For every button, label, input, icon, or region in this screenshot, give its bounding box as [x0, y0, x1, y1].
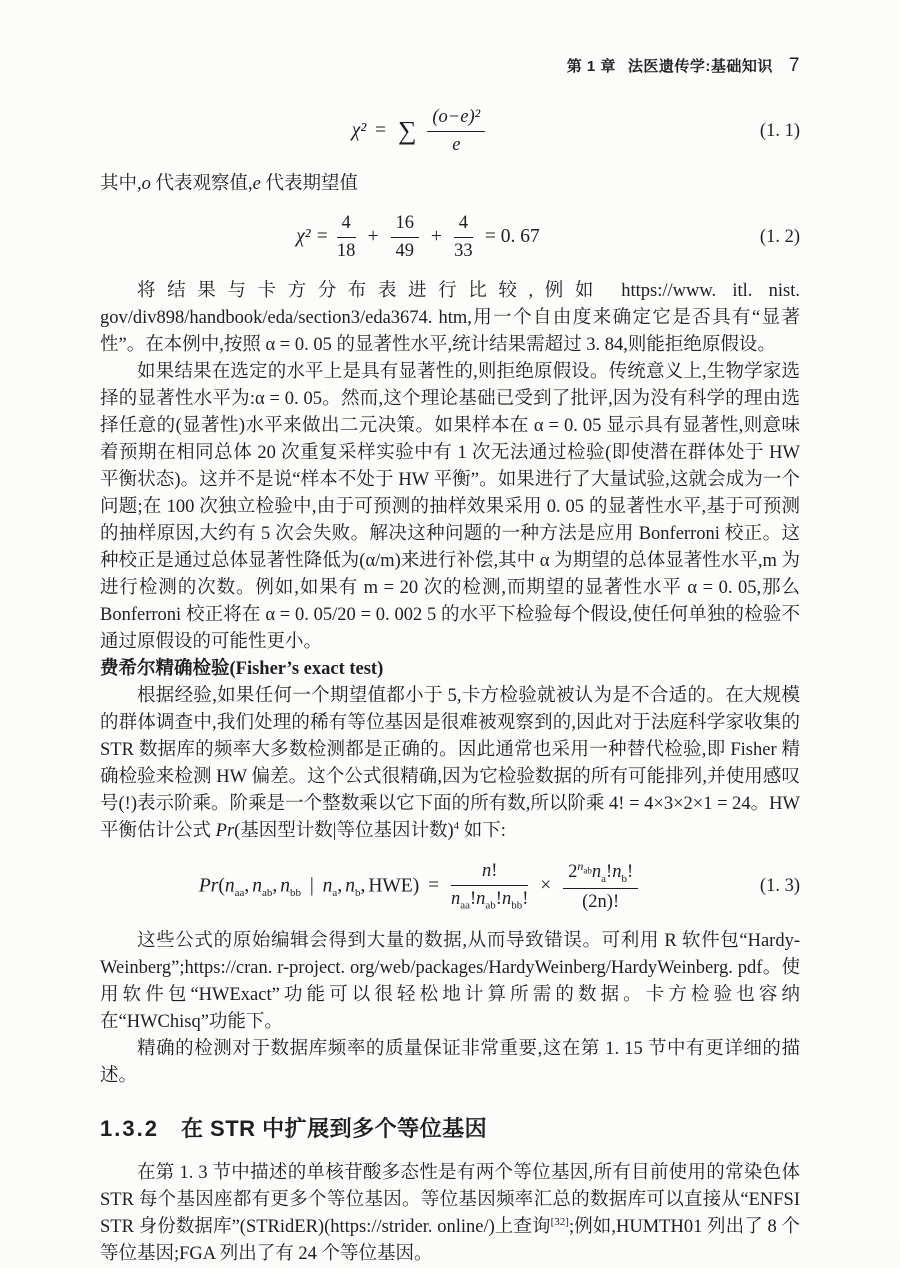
section-title: 在 STR 中扩展到多个等位基因 [181, 1116, 487, 1141]
fraction: n! naa!nab!nbb! [451, 860, 528, 914]
book-page: 第 1 章 法医遗传学:基础知识 7 χ² = ∑ (o−e)² e (1. 1… [0, 0, 900, 1234]
page-header: 第 1 章 法医遗传学:基础知识 7 [100, 52, 800, 80]
fraction: 16 49 [391, 212, 420, 263]
variable-o: o [142, 174, 151, 194]
pr-symbol: Pr [216, 821, 235, 841]
equation-number: (1. 1) [740, 118, 800, 145]
multiplication-sign: × [540, 875, 551, 896]
equation-1-2: χ² = 4 18 + 16 49 + 4 33 = 0. 67 (1. 2) [100, 212, 800, 263]
summation-symbol: ∑ [398, 116, 417, 145]
paragraph-quality-assurance: 精确的检测对于数据库频率的质量保证非常重要,这在第 1. 15 节中有更详细的描… [100, 1036, 800, 1090]
paragraph-fisher-exact: 根据经验,如果任何一个期望值都小于 5,卡方检验就被认为是不合适的。在大规模的群… [100, 683, 800, 845]
equation-number: (1. 2) [740, 224, 800, 251]
equation-1-1-math: χ² = ∑ (o−e)² e [100, 106, 740, 157]
paragraph-r-package: 这些公式的原始编辑会得到大量的数据,从而导致错误。可利用 R 软件包“Hardy… [100, 928, 800, 1036]
paragraph-where-clause: 其中,o 代表观察值,e 代表期望值 [100, 171, 800, 198]
citation-superscript: [32] [551, 1216, 569, 1228]
fisher-exact-test-heading: 费希尔精确检验(Fisher’s exact test) [100, 656, 800, 683]
section-heading-1-3-2: 1.3.2在 STR 中扩展到多个等位基因 [100, 1114, 800, 1144]
paragraph-chi-square-comparison: 将结果与卡方分布表进行比较,例如 https://www. itl. nist.… [100, 278, 800, 359]
fraction: 4 33 [454, 212, 473, 263]
equation-1-1: χ² = ∑ (o−e)² e (1. 1) [100, 106, 800, 157]
pr-symbol: Pr [199, 875, 219, 896]
conditional-bar: | [310, 875, 314, 896]
equation-1-3-math: Pr(naa,nab,nbb | na,nb,HWE) = n! naa!nab… [100, 859, 740, 915]
chapter-label: 第 1 章 [567, 53, 616, 80]
equation-1-3: Pr(naa,nab,nbb | na,nb,HWE) = n! naa!nab… [100, 859, 800, 915]
equation-number: (1. 3) [740, 873, 800, 900]
chapter-title: 法医遗传学:基础知识 [628, 53, 773, 80]
paragraph-significance-discussion: 如果结果在选定的水平上是具有显著性的,则拒绝原假设。传统意义上,生物学家选择的显… [100, 359, 800, 656]
variable-e: e [253, 174, 261, 194]
page-number: 7 [789, 52, 800, 79]
paragraph-str-alleles: 在第 1. 3 节中描述的单核苷酸多态性是有两个等位基因,所有目前使用的常染色体… [100, 1160, 800, 1268]
section-number: 1.3.2 [100, 1116, 159, 1141]
fraction: 2nabna!nb! (2n)! [563, 859, 638, 915]
fraction: 4 18 [337, 212, 356, 263]
chi-squared-symbol: χ² = [296, 226, 328, 247]
chi-squared-symbol: χ² [352, 120, 366, 141]
fraction: (o−e)² e [427, 106, 485, 157]
equation-1-2-math: χ² = 4 18 + 16 49 + 4 33 = 0. 67 [100, 212, 740, 263]
